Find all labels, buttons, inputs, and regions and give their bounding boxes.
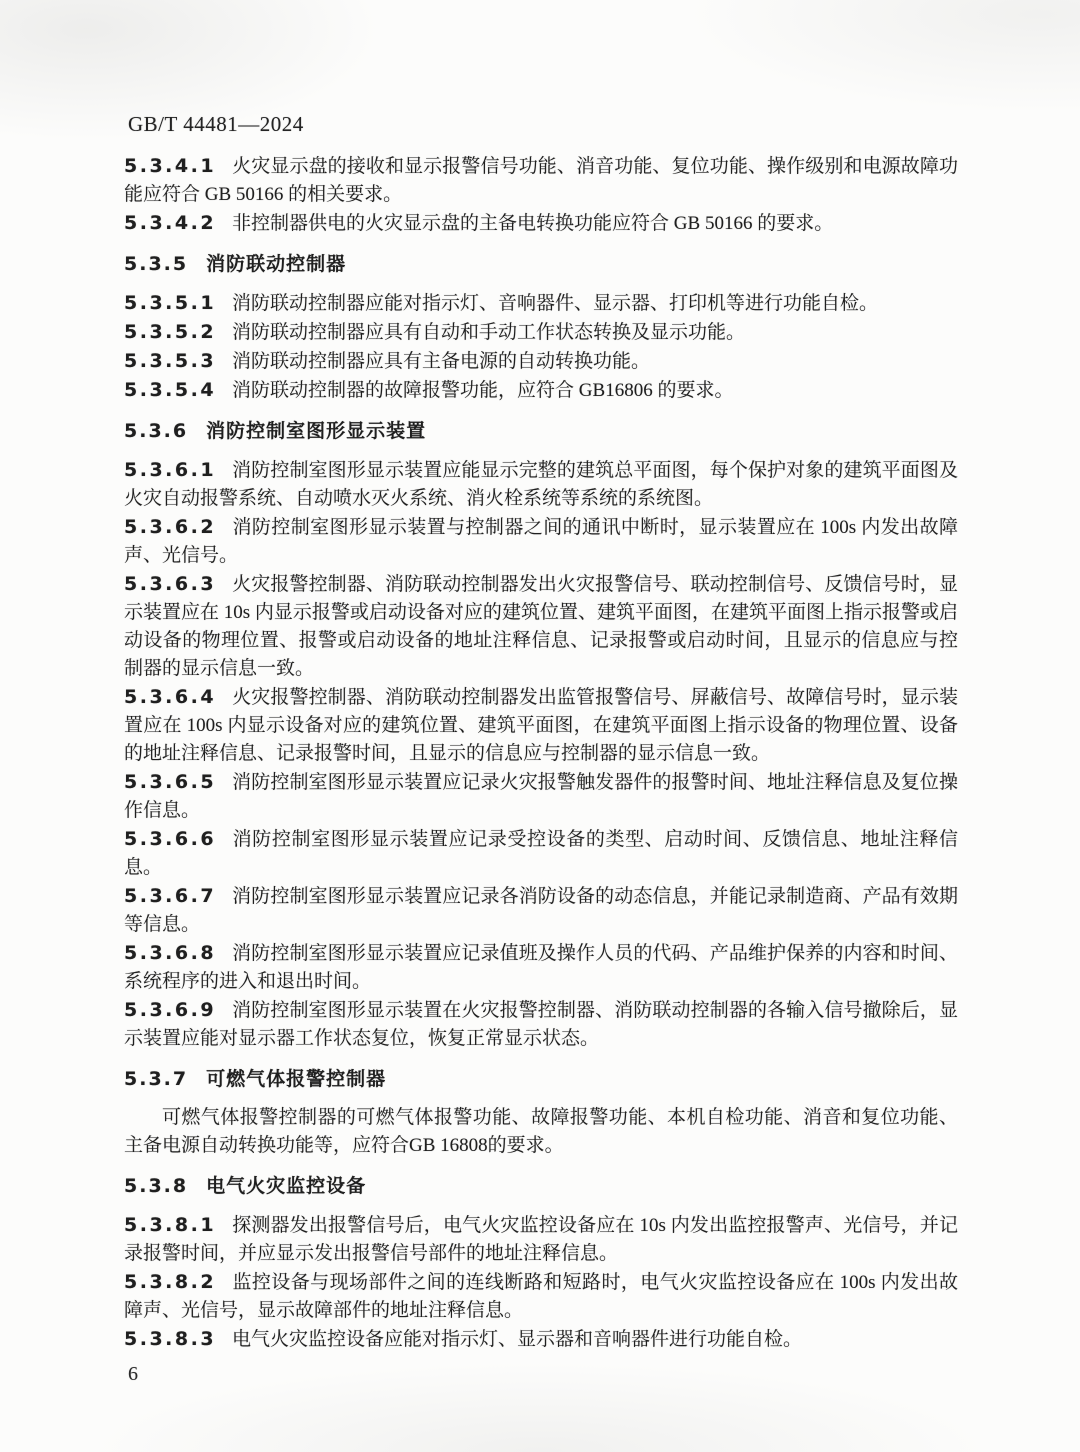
clause-text: 消防联动控制器应具有主备电源的自动转换功能。	[232, 351, 650, 372]
clause-number: 5.3.5.2	[124, 321, 216, 343]
clause-text: 可燃气体报警控制器的可燃气体报警功能、故障报警功能、本机自检功能、消音和复位功能…	[124, 1107, 958, 1156]
clause-5.3.6.7: 5.3.6.7消防控制室图形显示装置应记录各消防设备的动态信息，并能记录制造商、…	[124, 882, 958, 939]
clause-number: 5.3.6	[124, 420, 188, 442]
clause-5.3.6.1: 5.3.6.1消防控制室图形显示装置应能显示完整的建筑总平面图，每个保护对象的建…	[124, 456, 958, 513]
clause-number: 5.3.8	[124, 1175, 188, 1197]
heading-text: 消防控制室图形显示装置	[206, 420, 426, 442]
standard-number-header: GB/T 44481—2024	[128, 112, 304, 137]
clause-number: 5.3.4.1	[124, 155, 216, 177]
clause-5.3.5.1: 5.3.5.1消防联动控制器应能对指示灯、音响器件、显示器、打印机等进行功能自检…	[124, 289, 958, 318]
clause-text: 消防控制室图形显示装置应记录各消防设备的动态信息，并能记录制造商、产品有效期等信…	[124, 886, 958, 935]
clause-number: 5.3.6.1	[124, 459, 216, 481]
clause-5.3.4.2: 5.3.4.2非控制器供电的火灾显示盘的主备电转换功能应符合 GB 50166 …	[124, 209, 958, 238]
clause-text: 火灾报警控制器、消防联动控制器发出火灾报警信号、联动控制信号、反馈信号时，显示装…	[124, 574, 958, 679]
clause-number: 5.3.6.4	[124, 686, 216, 708]
clause-text: 消防控制室图形显示装置在火灾报警控制器、消防联动控制器的各输入信号撤除后，显示装…	[124, 1000, 958, 1049]
clause-5.3.8.1: 5.3.8.1探测器发出报警信号后，电气火灾监控设备应在 10s 内发出监控报警…	[124, 1211, 958, 1268]
body-paragraph: 可燃气体报警控制器的可燃气体报警功能、故障报警功能、本机自检功能、消音和复位功能…	[124, 1104, 958, 1160]
clause-text: 消防控制室图形显示装置应能显示完整的建筑总平面图，每个保护对象的建筑平面图及火灾…	[124, 460, 958, 509]
clause-5.3.8.3: 5.3.8.3电气火灾监控设备应能对指示灯、显示器和音响器件进行功能自检。	[124, 1325, 958, 1354]
clause-5.3.6.4: 5.3.6.4火灾报警控制器、消防联动控制器发出监管报警信号、屏蔽信号、故障信号…	[124, 683, 958, 768]
clause-text: 消防控制室图形显示装置应记录值班及操作人员的代码、产品维护保养的内容和时间、系统…	[124, 943, 958, 992]
heading-text: 消防联动控制器	[206, 253, 346, 275]
clause-text: 探测器发出报警信号后，电气火灾监控设备应在 10s 内发出监控报警声、光信号，并…	[124, 1215, 958, 1264]
clause-number: 5.3.6.2	[124, 516, 216, 538]
clause-number: 5.3.8.2	[124, 1271, 216, 1293]
clause-number: 5.3.6.6	[124, 828, 216, 850]
clause-text: 火灾报警控制器、消防联动控制器发出监管报警信号、屏蔽信号、故障信号时，显示装置应…	[124, 687, 958, 764]
clause-5.3.6.2: 5.3.6.2消防控制室图形显示装置与控制器之间的通讯中断时，显示装置应在 10…	[124, 513, 958, 570]
clause-text: 火灾显示盘的接收和显示报警信号功能、消音功能、复位功能、操作级别和电源故障功能应…	[124, 156, 958, 205]
clause-5.3.6.3: 5.3.6.3火灾报警控制器、消防联动控制器发出火灾报警信号、联动控制信号、反馈…	[124, 570, 958, 683]
clause-5.3.6.8: 5.3.6.8消防控制室图形显示装置应记录值班及操作人员的代码、产品维护保养的内…	[124, 939, 958, 996]
heading-text: 可燃气体报警控制器	[206, 1068, 386, 1090]
heading-text: 电气火灾监控设备	[206, 1175, 366, 1197]
clause-number: 5.3.8.1	[124, 1214, 216, 1236]
clause-5.3.5.2: 5.3.5.2消防联动控制器应具有自动和手动工作状态转换及显示功能。	[124, 318, 958, 347]
section-heading-5.3.5: 5.3.5消防联动控制器	[124, 250, 958, 279]
clause-text: 消防联动控制器应能对指示灯、音响器件、显示器、打印机等进行功能自检。	[232, 293, 878, 314]
clause-number: 5.3.7	[124, 1068, 188, 1090]
clause-number: 5.3.6.9	[124, 999, 216, 1021]
clause-text: 电气火灾监控设备应能对指示灯、显示器和音响器件进行功能自检。	[232, 1329, 802, 1350]
clause-text: 消防控制室图形显示装置应记录受控设备的类型、启动时间、反馈信息、地址注释信息。	[124, 829, 958, 878]
clause-number: 5.3.5.3	[124, 350, 216, 372]
doc-content: 5.3.4.1火灾显示盘的接收和显示报警信号功能、消音功能、复位功能、操作级别和…	[124, 152, 958, 1354]
clause-number: 5.3.8.3	[124, 1328, 216, 1350]
clause-5.3.6.9: 5.3.6.9消防控制室图形显示装置在火灾报警控制器、消防联动控制器的各输入信号…	[124, 996, 958, 1053]
section-heading-5.3.6: 5.3.6消防控制室图形显示装置	[124, 417, 958, 446]
clause-5.3.5.4: 5.3.5.4消防联动控制器的故障报警功能，应符合 GB16806 的要求。	[124, 376, 958, 405]
clause-number: 5.3.6.7	[124, 885, 216, 907]
clause-number: 5.3.6.5	[124, 771, 216, 793]
clause-number: 5.3.4.2	[124, 212, 216, 234]
clause-number: 5.3.6.3	[124, 573, 216, 595]
clause-5.3.6.5: 5.3.6.5消防控制室图形显示装置应记录火灾报警触发器件的报警时间、地址注释信…	[124, 768, 958, 825]
clause-number: 5.3.6.8	[124, 942, 216, 964]
clause-text: 监控设备与现场部件之间的连线断路和短路时，电气火灾监控设备应在 100s 内发出…	[124, 1272, 958, 1321]
document-page: GB/T 44481—2024 5.3.4.1火灾显示盘的接收和显示报警信号功能…	[0, 0, 1080, 1452]
clause-number: 5.3.5.4	[124, 379, 216, 401]
clause-text: 消防控制室图形显示装置应记录火灾报警触发器件的报警时间、地址注释信息及复位操作信…	[124, 772, 958, 821]
clause-number: 5.3.5.1	[124, 292, 216, 314]
clause-text: 非控制器供电的火灾显示盘的主备电转换功能应符合 GB 50166 的要求。	[232, 213, 833, 234]
clause-text: 消防联动控制器的故障报警功能，应符合 GB16806 的要求。	[232, 380, 733, 401]
clause-5.3.4.1: 5.3.4.1火灾显示盘的接收和显示报警信号功能、消音功能、复位功能、操作级别和…	[124, 152, 958, 209]
clause-5.3.8.2: 5.3.8.2监控设备与现场部件之间的连线断路和短路时，电气火灾监控设备应在 1…	[124, 1268, 958, 1325]
page-number: 6	[128, 1363, 138, 1386]
clause-5.3.6.6: 5.3.6.6消防控制室图形显示装置应记录受控设备的类型、启动时间、反馈信息、地…	[124, 825, 958, 882]
clause-number: 5.3.5	[124, 253, 188, 275]
clause-text: 消防联动控制器应具有自动和手动工作状态转换及显示功能。	[232, 322, 745, 343]
section-heading-5.3.8: 5.3.8电气火灾监控设备	[124, 1172, 958, 1201]
section-heading-5.3.7: 5.3.7可燃气体报警控制器	[124, 1065, 958, 1094]
clause-text: 消防控制室图形显示装置与控制器之间的通讯中断时，显示装置应在 100s 内发出故…	[124, 517, 958, 566]
clause-5.3.5.3: 5.3.5.3消防联动控制器应具有主备电源的自动转换功能。	[124, 347, 958, 376]
